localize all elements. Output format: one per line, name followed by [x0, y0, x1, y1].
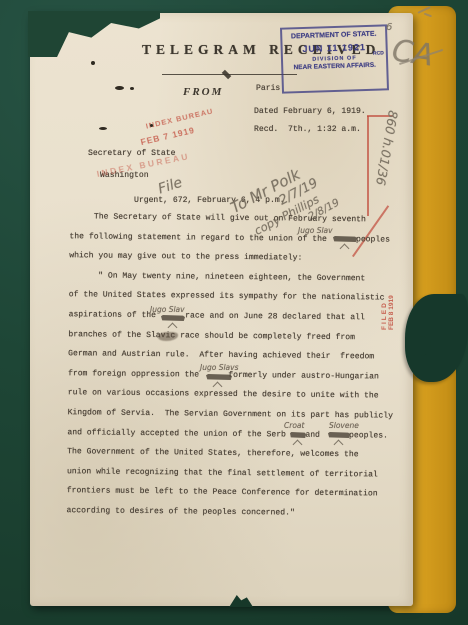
body-line: frontiers must be left to the Peace Conf…: [67, 487, 378, 499]
corner-pencil-number: 6: [386, 22, 392, 33]
strikethrough-mark: [328, 432, 350, 438]
from-label: FROM: [183, 86, 223, 98]
stamp-rcd-mark: RCD: [373, 50, 384, 56]
ink-speck: [91, 61, 95, 65]
annotation-jugo-slav-1: Jugo Slav: [298, 226, 333, 235]
strikethrough-mark: [206, 374, 232, 380]
ink-speck: [99, 127, 107, 130]
body-line: The Secretary of State will give out on …: [70, 212, 366, 224]
annotation-jugo-slavs: Jugo Slavs: [200, 363, 239, 372]
body-line: of the United States expressed its sympa…: [69, 291, 385, 303]
strikethrough-mark: [290, 432, 306, 438]
annotation-jugo-slav-2: Jugo Slav: [150, 305, 185, 314]
torn-edge-right-notch: [409, 336, 431, 356]
annotation-slovene: Slovene: [329, 421, 359, 430]
body-line: union while recognizing that the final s…: [67, 467, 378, 479]
from-city: Paris: [256, 84, 280, 93]
body-line: according to desires of the peoples conc…: [67, 506, 295, 517]
body-line: aspirations of the race and on June 28 d…: [69, 310, 365, 322]
body-line: which you may give out to the press imme…: [69, 251, 302, 262]
body-line: " On May twenty nine, nineteen eighteen,…: [69, 271, 365, 283]
strikethrough-mark: [333, 236, 357, 242]
annotation-croat: Croat: [284, 421, 304, 430]
telegram-body: The Secretary of State will give out on …: [66, 212, 414, 536]
ink-speck: [115, 86, 124, 90]
ink-speck: [130, 87, 134, 90]
photo-of-telegram: TELEGRAM RECEIVED FROM Paris Dated Febru…: [0, 0, 468, 625]
stamp-department-line: DEPARTMENT OF STATE.: [282, 30, 385, 40]
department-of-state-stamp: DEPARTMENT OF STATE. JUN 11 1921 DIVISIO…: [280, 24, 389, 93]
dated-line: Dated February 6, 1919.: [254, 107, 366, 116]
strikethrough-mark: [161, 315, 185, 321]
body-line: The Government of the United States, the…: [67, 447, 359, 459]
body-line: Kingdom of Servia. The Servian Governmen…: [68, 408, 393, 420]
body-line: German and Austrian rule. After having a…: [68, 349, 374, 361]
received-line: Recd. 7th., 1:32 a.m.: [254, 125, 361, 134]
body-line: branches of the Slavic race should be co…: [68, 330, 355, 342]
ink-speck: [150, 124, 153, 127]
body-line: rule on various occasions expressed the …: [68, 389, 379, 401]
stamp-date: JUN 11 1921: [283, 41, 386, 54]
